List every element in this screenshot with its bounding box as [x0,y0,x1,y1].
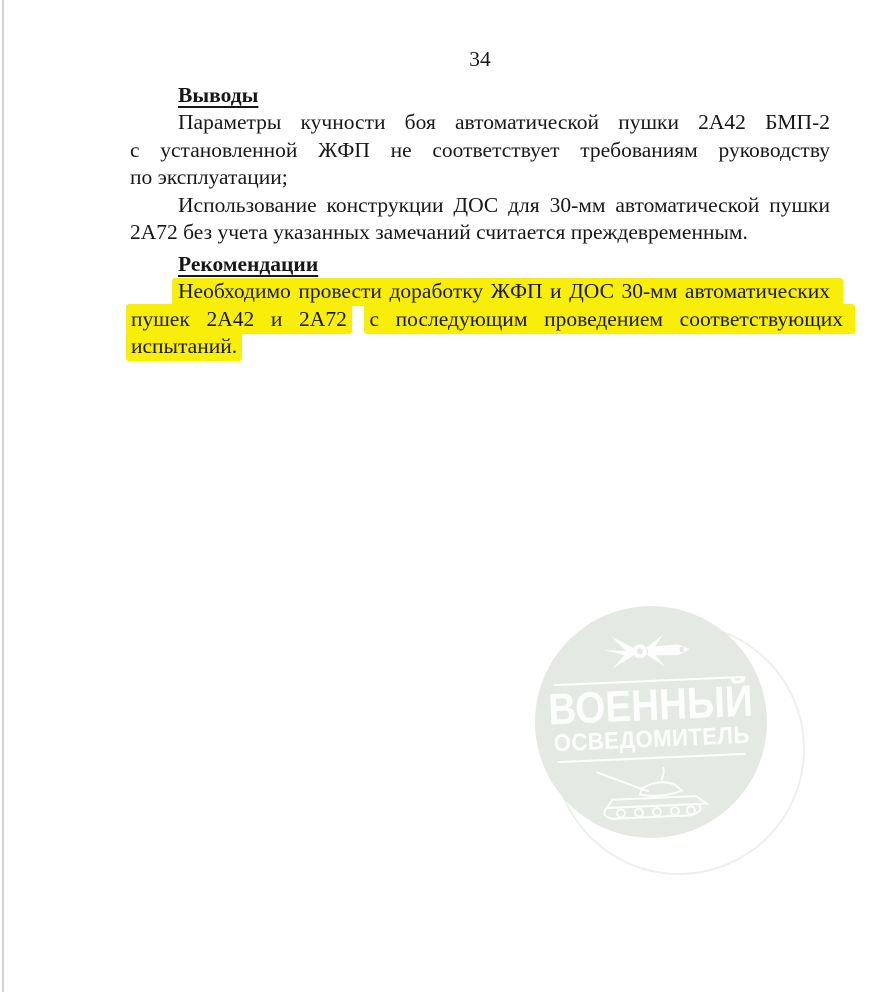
highlight-mark: с последующим проведением соответствующи… [364,304,855,334]
conclusions-line: Параметры кучности боя автоматической пу… [130,109,830,137]
conclusions-line: 2А72 без учета указанных замечаний счита… [130,219,830,247]
conclusions-line: Использование конструкции ДОС для 30-мм … [130,192,830,220]
highlight-mark: пушек 2А42 и 2А72 [126,304,352,334]
recommendations-line: испытаний. [130,333,830,361]
conclusions-line: с установленной ЖФП не соответствует тре… [130,137,830,165]
recommendations-line: пушек 2А42 и 2А72 с последующим проведен… [130,306,843,334]
conclusions-line: по эксплуатации; [130,164,830,192]
winged-shell-icon [599,626,697,681]
page-left-edge [2,0,4,992]
conclusions-heading: Выводы [130,82,830,110]
highlight-mark: испытаний. [126,331,242,361]
recommendations-line-highlighted: Необходимо провести доработку ЖФП и ДОС … [172,278,843,306]
page-number: 34 [130,46,830,74]
recommendations-heading: Рекомендации [130,251,830,279]
page-content: 34 Выводы Параметры кучности боя автомат… [130,46,830,361]
tank-icon [587,761,722,830]
